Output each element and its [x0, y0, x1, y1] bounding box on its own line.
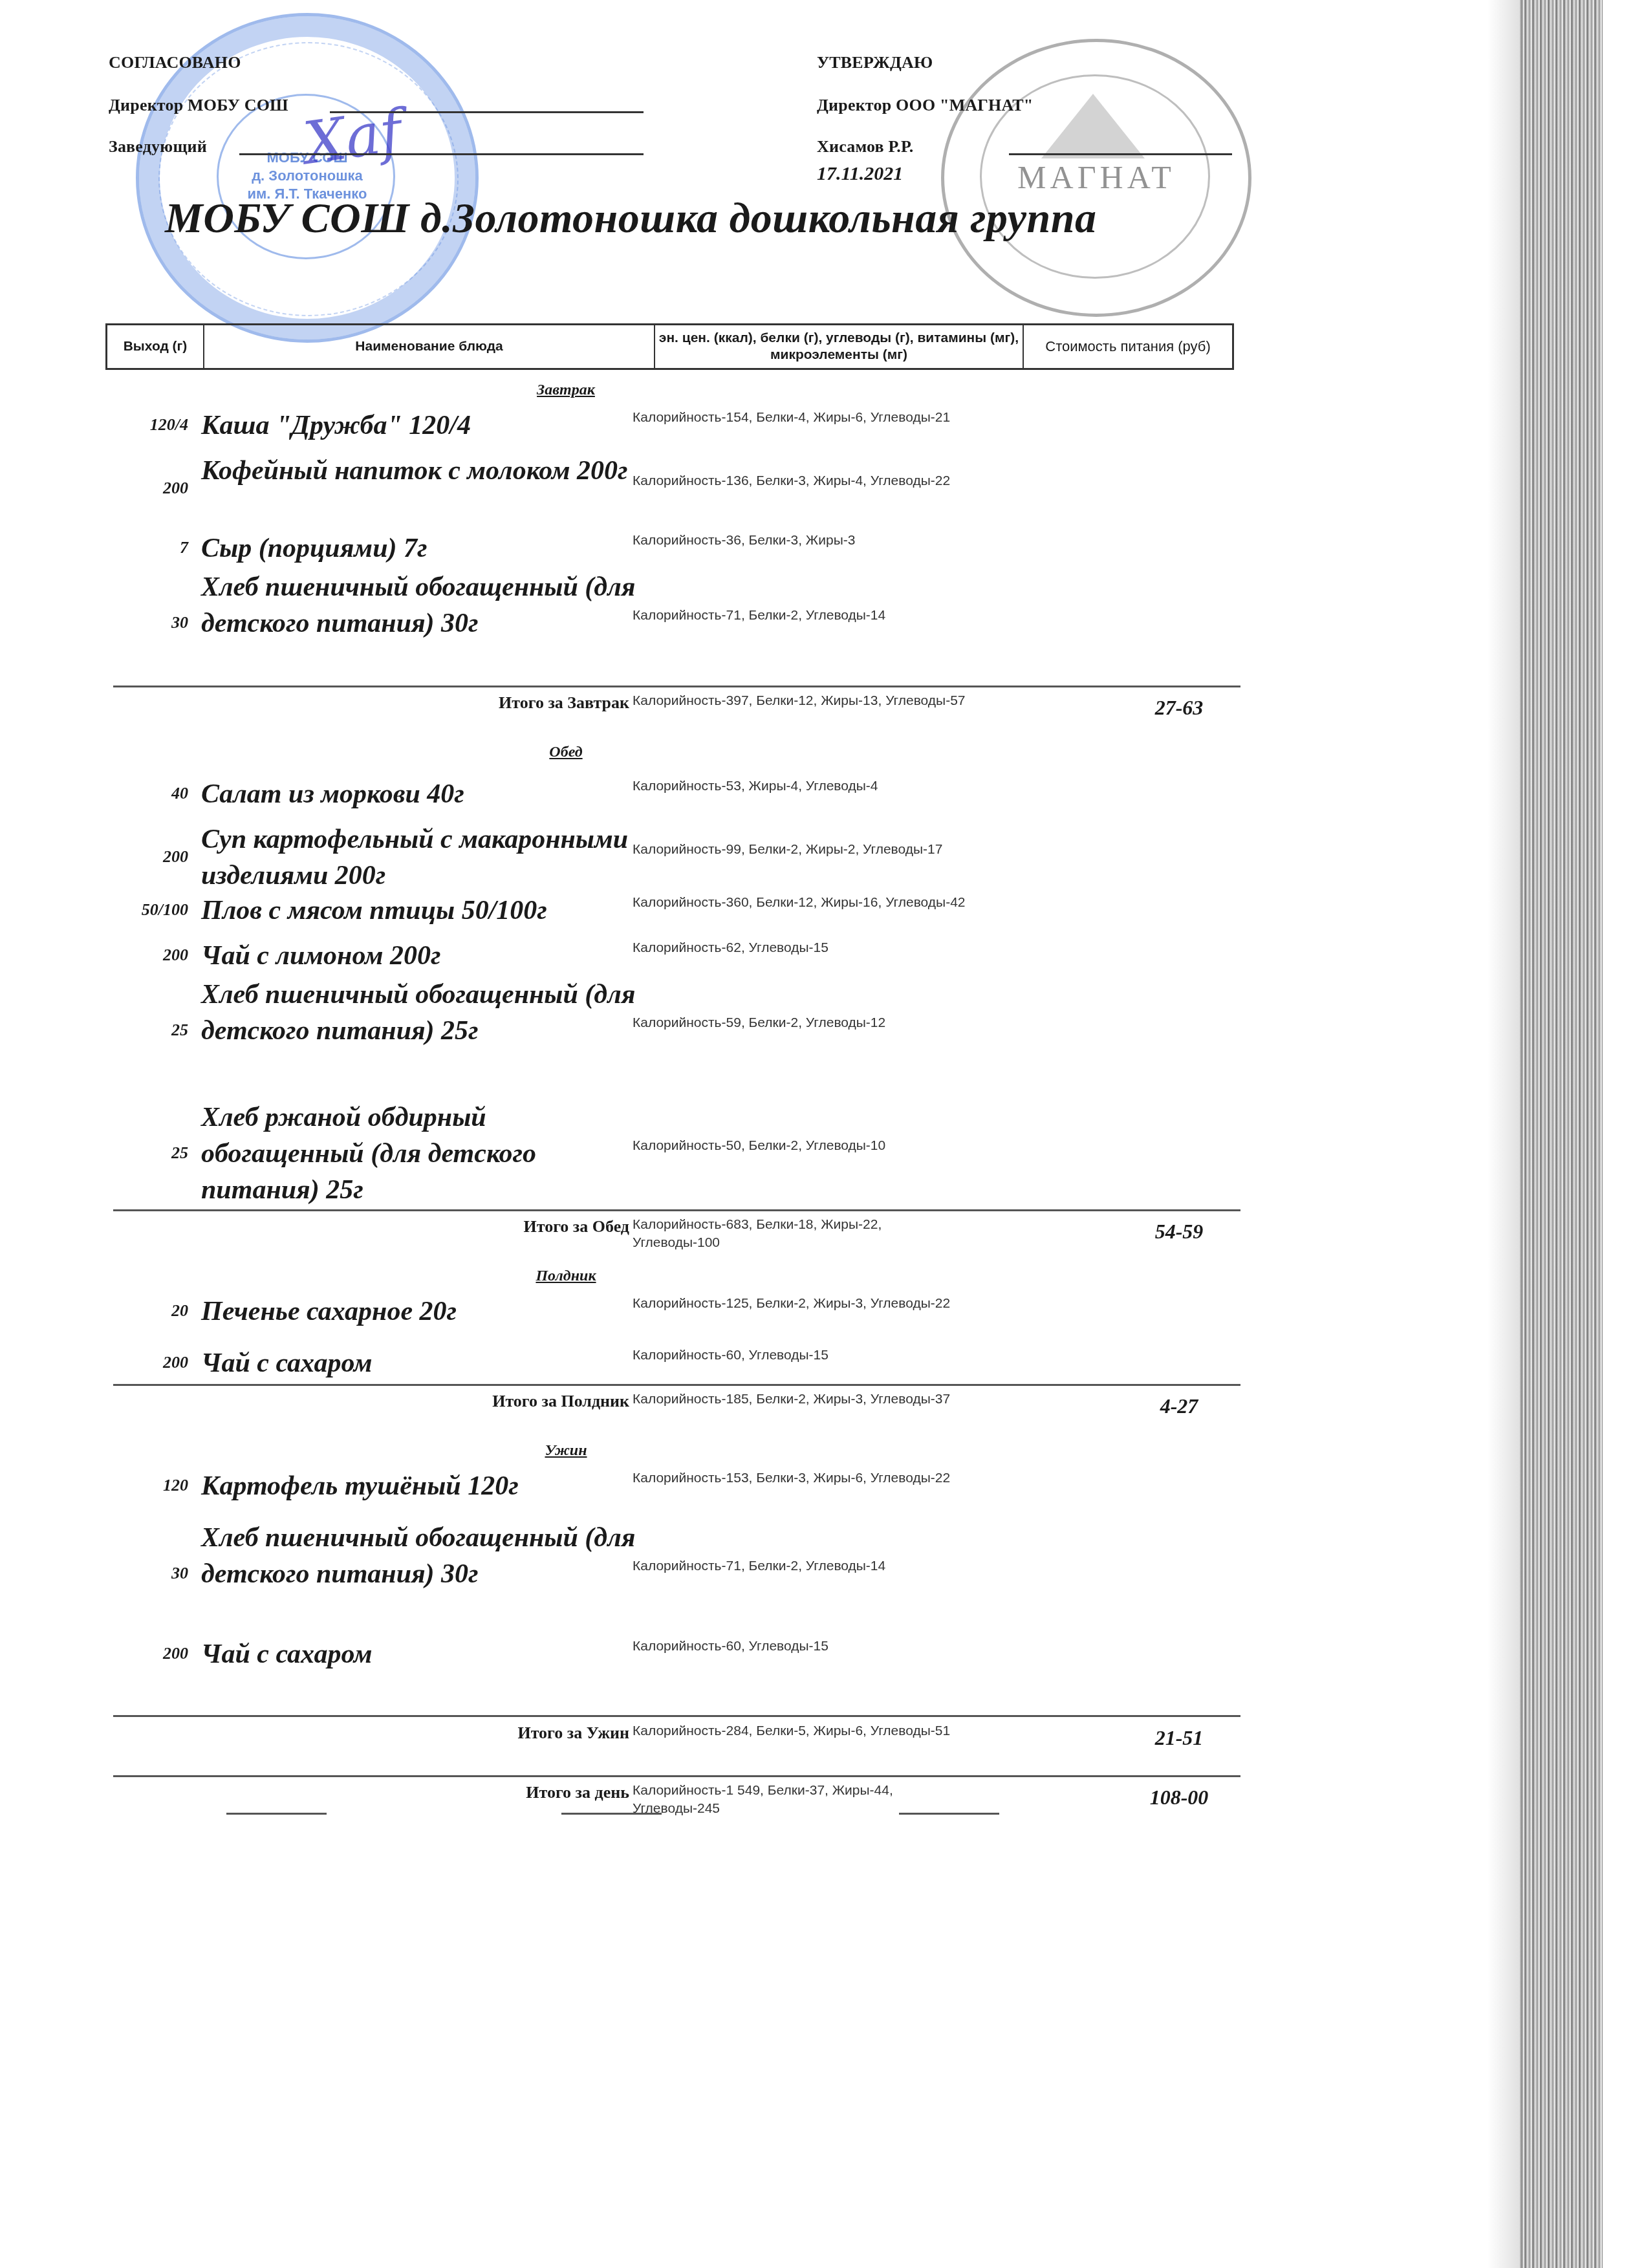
- section-total-row: Итого за ОбедКалорийность-683, Белки-18,…: [105, 1217, 1234, 1256]
- output-cell: 120/4: [105, 415, 188, 435]
- company-stamp: МАГНАТ: [941, 39, 1251, 317]
- signature-line: [239, 153, 644, 155]
- section-total-row: Итого за ЗавтракКалорийность-397, Белки-…: [105, 693, 1234, 732]
- nutrition-cell: Калорийность-53, Жиры-4, Углеводы-4: [633, 777, 969, 795]
- nutrition-cell: Калорийность-60, Углеводы-15: [633, 1346, 969, 1365]
- output-cell: 120: [105, 1476, 188, 1495]
- table-row: 200Чай с лимоном 200гКалорийность-62, Уг…: [105, 938, 1234, 974]
- table-row: 40Салат из моркови 40гКалорийность-53, Ж…: [105, 776, 1234, 812]
- section-heading: Завтрак: [511, 382, 621, 399]
- section-total-cost: 21-51: [1114, 1726, 1244, 1750]
- output-cell: 20: [105, 1301, 188, 1321]
- section-divider: [113, 1715, 1240, 1717]
- approval-role-company: Директор ООО "МАГНАТ": [817, 96, 1033, 115]
- table-row: 120/4Каша "Дружба" 120/4Калорийность-154…: [105, 407, 1234, 444]
- dish-name-cell: Сыр (порциями) 7г: [201, 530, 641, 567]
- section-total-row: Итого за ПолдникКалорийность-185, Белки-…: [105, 1392, 1234, 1431]
- section-total-nutrition: Калорийность-185, Белки-2, Жиры-3, Углев…: [633, 1390, 969, 1409]
- approval-role-director: Директор МОБУ СОШ: [109, 96, 288, 115]
- footer-signature-line: [226, 1813, 327, 1815]
- nutrition-cell: Калорийность-36, Белки-3, Жиры-3: [633, 532, 969, 550]
- stamp-line: д. Золотоношка: [139, 167, 475, 185]
- approval-heading-left: СОГЛАСОВАНО: [109, 53, 241, 72]
- dish-name-cell: Плов с мясом птицы 50/100г: [201, 892, 641, 929]
- section-heading: Обед: [511, 744, 621, 761]
- footer-signature-line: [561, 1813, 662, 1815]
- dish-name-cell: Чай с сахаром: [201, 1345, 641, 1381]
- section-total-cost: 4-27: [1114, 1394, 1244, 1418]
- output-cell: 25: [105, 1143, 188, 1163]
- dish-name-cell: Кофейный напиток с молоком 200г: [201, 453, 641, 489]
- signature: Xaf: [299, 97, 406, 178]
- scan-shadow: [1488, 0, 1523, 2268]
- column-header-output: Выход (г): [107, 325, 204, 368]
- section-heading: Ужин: [511, 1442, 621, 1460]
- scan-edge-artifact: [1520, 0, 1603, 2268]
- section-divider: [113, 686, 1240, 687]
- dish-name-cell: Хлеб ржаной обдирный обогащенный (для де…: [201, 1099, 641, 1208]
- section-divider: [113, 1384, 1240, 1386]
- table-header: Выход (г) Наименование блюда эн. цен. (к…: [105, 323, 1234, 370]
- nutrition-cell: Калорийность-360, Белки-12, Жиры-16, Угл…: [633, 894, 969, 912]
- dish-name-cell: Хлеб пшеничный обогащенный (для детского…: [201, 1520, 641, 1592]
- output-cell: 40: [105, 784, 188, 803]
- table-row: 30Хлеб пшеничный обогащенный (для детско…: [105, 569, 1234, 678]
- mountain-logo-icon: [1041, 94, 1145, 158]
- section-total-cost: 27-63: [1114, 696, 1244, 720]
- section-total-label: Итого за Обед: [524, 1217, 630, 1237]
- section-total-row: Итого за УжинКалорийность-284, Белки-5, …: [105, 1723, 1234, 1762]
- table-row: 7Сыр (порциями) 7гКалорийность-36, Белки…: [105, 530, 1234, 567]
- nutrition-cell: Калорийность-50, Белки-2, Углеводы-10: [633, 1137, 969, 1155]
- nutrition-cell: Калорийность-62, Углеводы-15: [633, 939, 969, 957]
- signature-line: [330, 111, 644, 113]
- stamp-logo-text: МАГНАТ: [944, 158, 1248, 196]
- table-row: 20Печенье сахарное 20гКалорийность-125, …: [105, 1293, 1234, 1330]
- nutrition-cell: Калорийность-125, Белки-2, Жиры-3, Углев…: [633, 1295, 969, 1313]
- dish-name-cell: Суп картофельный с макаронными изделиями…: [201, 821, 641, 894]
- table-row: 200Суп картофельный с макаронными издели…: [105, 821, 1234, 894]
- column-header-cost: Стоимость питания (руб): [1024, 325, 1232, 368]
- signature-line: [1009, 153, 1232, 155]
- table-row: 50/100Плов с мясом птицы 50/100гКалорийн…: [105, 892, 1234, 929]
- output-cell: 200: [105, 945, 188, 965]
- output-cell: 50/100: [105, 900, 188, 920]
- section-heading: Полдник: [511, 1268, 621, 1285]
- nutrition-cell: Калорийность-59, Белки-2, Углеводы-12: [633, 1014, 969, 1032]
- section-divider: [113, 1209, 1240, 1211]
- day-total-row: Итого за деньКалорийность-1 549, Белки-3…: [105, 1783, 1234, 1822]
- page-title: МОБУ СОШ д.Золотоношка дошкольная группа: [165, 194, 1096, 243]
- output-cell: 30: [105, 1564, 188, 1583]
- nutrition-cell: Калорийность-99, Белки-2, Жиры-2, Углево…: [633, 841, 969, 859]
- approval-date: 17.11.2021: [817, 163, 903, 185]
- table-row: 200Чай с сахаромКалорийность-60, Углевод…: [105, 1345, 1234, 1381]
- output-cell: 25: [105, 1021, 188, 1040]
- day-total-label: Итого за день: [526, 1783, 629, 1802]
- table-row: 25Хлеб ржаной обдирный обогащенный (для …: [105, 1099, 1234, 1208]
- dish-name-cell: Хлеб пшеничный обогащенный (для детского…: [201, 977, 641, 1049]
- output-cell: 200: [105, 1644, 188, 1663]
- dish-name-cell: Картофель тушёный 120г: [201, 1468, 641, 1504]
- nutrition-cell: Калорийность-154, Белки-4, Жиры-6, Углев…: [633, 409, 969, 427]
- output-cell: 30: [105, 613, 188, 632]
- nutrition-cell: Калорийность-136, Белки-3, Жиры-4, Углев…: [633, 472, 969, 490]
- dish-name-cell: Салат из моркови 40г: [201, 776, 641, 812]
- day-total-cost: 108-00: [1114, 1786, 1244, 1809]
- column-header-dish: Наименование блюда: [204, 325, 655, 368]
- table-row: 120Картофель тушёный 120гКалорийность-15…: [105, 1468, 1234, 1504]
- section-total-label: Итого за Завтрак: [499, 693, 629, 713]
- table-row: 25Хлеб пшеничный обогащенный (для детско…: [105, 977, 1234, 1085]
- dish-name-cell: Каша "Дружба" 120/4: [201, 407, 641, 444]
- output-cell: 7: [105, 538, 188, 557]
- dish-name-cell: Чай с лимоном 200г: [201, 938, 641, 974]
- output-cell: 200: [105, 847, 188, 867]
- output-cell: 200: [105, 1353, 188, 1372]
- section-total-label: Итого за Ужин: [517, 1723, 629, 1743]
- table-row: 200Чай с сахаромКалорийность-60, Углевод…: [105, 1636, 1234, 1672]
- section-total-label: Итого за Полдник: [492, 1392, 629, 1411]
- section-total-cost: 54-59: [1114, 1220, 1244, 1244]
- table-row: 30Хлеб пшеничный обогащенный (для детско…: [105, 1520, 1234, 1628]
- section-total-nutrition: Калорийность-284, Белки-5, Жиры-6, Углев…: [633, 1722, 969, 1740]
- day-total-divider: [113, 1775, 1240, 1777]
- nutrition-cell: Калорийность-71, Белки-2, Углеводы-14: [633, 607, 969, 625]
- column-header-nutrition: эн. цен. (ккал), белки (г), углеводы (г)…: [655, 325, 1024, 368]
- output-cell: 200: [105, 479, 188, 498]
- section-total-nutrition: Калорийность-683, Белки-18, Жиры-22, Угл…: [633, 1216, 969, 1252]
- approval-heading-right: УТВЕРЖДАЮ: [817, 53, 933, 72]
- nutrition-cell: Калорийность-71, Белки-2, Углеводы-14: [633, 1557, 969, 1575]
- footer-signature-line: [899, 1813, 999, 1815]
- dish-name-cell: Хлеб пшеничный обогащенный (для детского…: [201, 569, 641, 642]
- dish-name-cell: Печенье сахарное 20г: [201, 1293, 641, 1330]
- section-total-nutrition: Калорийность-397, Белки-12, Жиры-13, Угл…: [633, 692, 969, 710]
- approval-role-head: Заведующий: [109, 137, 207, 157]
- nutrition-cell: Калорийность-60, Углеводы-15: [633, 1637, 969, 1656]
- nutrition-cell: Калорийность-153, Белки-3, Жиры-6, Углев…: [633, 1469, 969, 1487]
- dish-name-cell: Чай с сахаром: [201, 1636, 641, 1672]
- table-row: 200Кофейный напиток с молоком 200гКалори…: [105, 453, 1234, 525]
- approver-name: Хисамов Р.Р.: [817, 137, 914, 157]
